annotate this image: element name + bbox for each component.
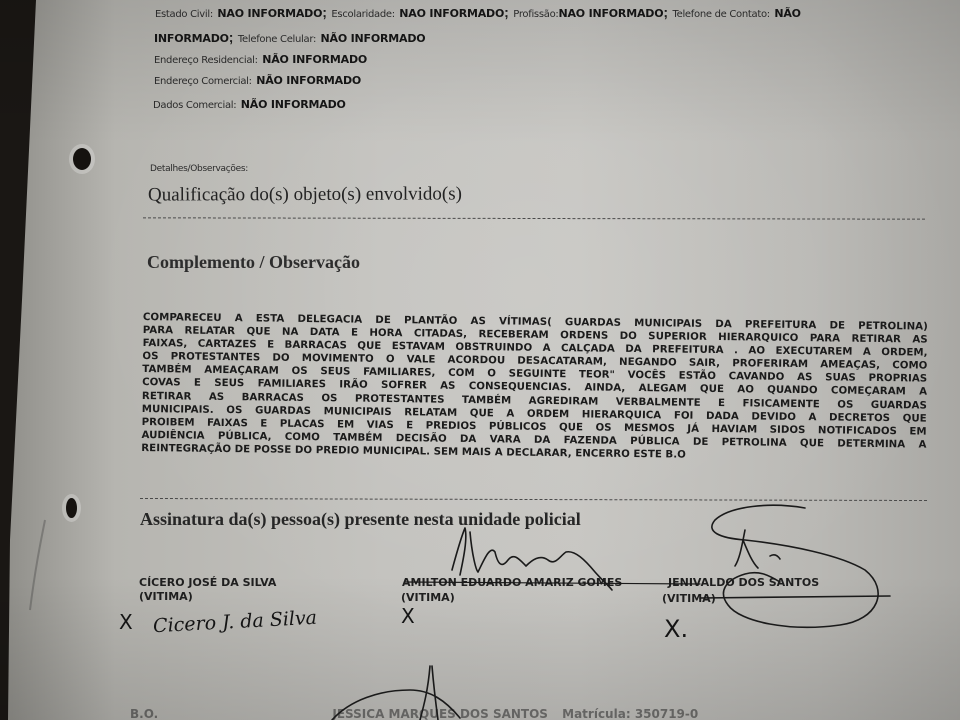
signer-3-role: (VITIMA) [662, 592, 716, 605]
qualificacao-heading: Qualificação do(s) objeto(s) envolvido(s… [148, 183, 462, 206]
field-value-telefone-contato: NÃO [774, 7, 800, 20]
detalhes-observacoes-label: Detalhes/Observações: [150, 164, 248, 174]
field-endereco-residencial: Endereço Residencial: NÃO INFORMADO [154, 50, 367, 68]
signer-2-name: AMILTON EDUARDO AMARIZ GOMES [402, 576, 622, 589]
field-endereco-comercial: Endereço Comercial: NÃO INFORMADO [154, 71, 361, 89]
field-label-telefone-contato: Telefone de Contato: [672, 9, 769, 20]
field-value-telefone-contato-cont: INFORMADO [154, 32, 229, 45]
signer-2-mark: X [401, 604, 415, 628]
punch-hole-top [73, 148, 91, 170]
signer-3-name: JENIVALDO DOS SANTOS [668, 576, 819, 589]
signer-1-mark: X [119, 610, 133, 634]
field-value-escolaridade: NAO INFORMADO [399, 7, 504, 20]
field-dados-comercial: Dados Comercial: NÃO INFORMADO [153, 95, 346, 113]
report-narrative: COMPARECEU A ESTA DELEGACIA DE PLANTÃO A… [141, 311, 928, 465]
footer-officer-line: B.O. JESSICA MARQUES DOS SANTOS Matrícul… [130, 707, 698, 720]
signer-1-role: (VITIMA) [139, 590, 193, 603]
punch-hole-bottom [66, 498, 77, 518]
field-value-telefone-celular: NÃO INFORMADO [321, 32, 426, 45]
signature-heading: Assinatura da(s) pessoa(s) presente nest… [140, 509, 581, 530]
signer-1-name: CÍCERO JOSÉ DA SILVA [139, 576, 276, 589]
field-value-profissao: NAO INFORMADO [558, 7, 663, 20]
field-value-estado-civil: NAO INFORMADO [217, 7, 322, 20]
field-label-profissao: Profissão: [513, 9, 558, 20]
field-label-escolaridade: Escolaridade: [331, 9, 394, 20]
field-label-estado-civil: Estado Civil: [155, 9, 213, 20]
signer-3-mark: X. [664, 615, 688, 643]
complemento-heading: Complemento / Observação [147, 252, 360, 273]
signer-2-role: (VITIMA) [401, 591, 455, 604]
field-label-telefone-celular: Telefone Celular: [238, 34, 316, 45]
personal-info-row-2: INFORMADO; Telefone Celular: NÃO INFORMA… [154, 29, 425, 47]
personal-info-row-1: Estado Civil: NAO INFORMADO; Escolaridad… [155, 4, 801, 22]
